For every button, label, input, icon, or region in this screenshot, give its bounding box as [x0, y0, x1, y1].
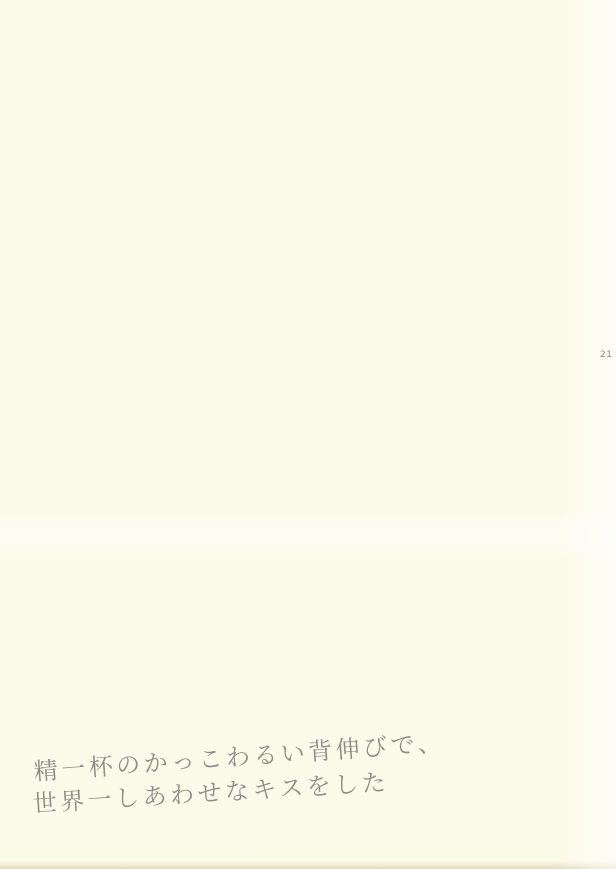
scanned-book-page: 21 精一杯のかっこわるい背伸びで、 世界一しあわせなキスをした — [0, 0, 616, 869]
page-number: 21 — [600, 350, 612, 360]
